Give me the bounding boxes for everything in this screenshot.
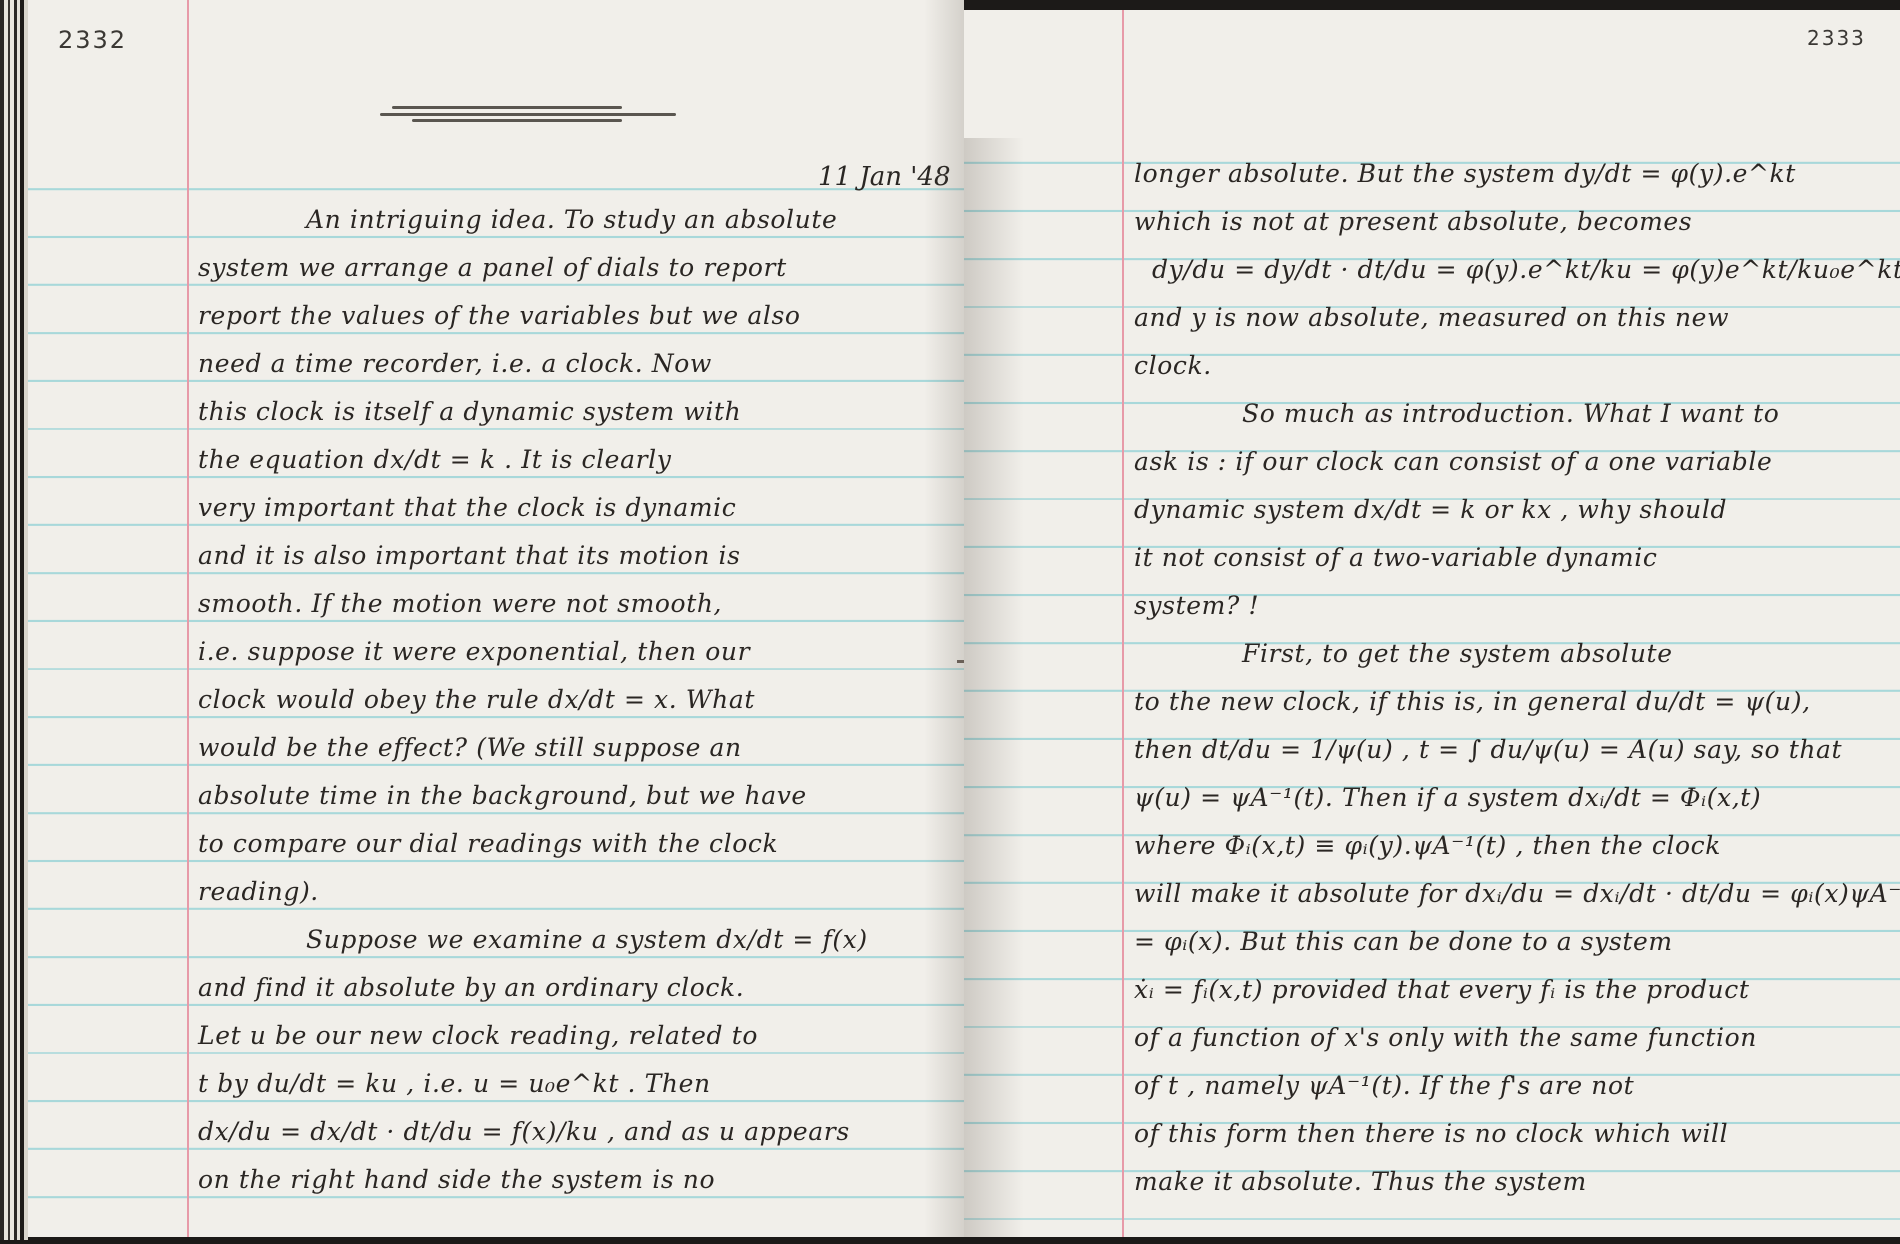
- text-line: of t , namely ψA⁻¹(t). If the f's are no…: [1134, 1062, 1892, 1110]
- text-line: dy/du = dy/dt · dt/du = φ(y).e^kt/ku = φ…: [1134, 246, 1892, 294]
- text-line: and it is also important that its motion…: [198, 532, 956, 580]
- text-line: report the values of the variables but w…: [198, 292, 956, 340]
- text-line: smooth. If the motion were not smooth,: [198, 580, 956, 628]
- text-line: and find it absolute by an ordinary cloc…: [198, 964, 956, 1012]
- handwritten-text: longer absolute. But the system dy/dt = …: [1134, 150, 1892, 1206]
- text-line: ask is : if our clock can consist of a o…: [1134, 438, 1892, 486]
- text-line: t by du/dt = ku , i.e. u = u₀e^kt . Then: [198, 1060, 956, 1108]
- text-line: to the new clock, if this is, in general…: [1134, 678, 1892, 726]
- text-line: and y is now absolute, measured on this …: [1134, 294, 1892, 342]
- text-line: = φᵢ(x). But this can be done to a syste…: [1134, 918, 1892, 966]
- text-line: the equation dx/dt = k . It is clearly: [198, 436, 956, 484]
- text-line: Suppose we examine a system dx/dt = f(x): [198, 916, 956, 964]
- margin-line: [187, 0, 189, 1237]
- text-line: ψ(u) = ψA⁻¹(t). Then if a system dxᵢ/dt …: [1134, 774, 1892, 822]
- text-line: longer absolute. But the system dy/dt = …: [1134, 150, 1892, 198]
- text-line: dynamic system dx/dt = k or kx , why sho…: [1134, 486, 1892, 534]
- text-line: on the right hand side the system is no: [198, 1156, 956, 1204]
- triple-rule-divider: [380, 104, 676, 124]
- text-line: Let u be our new clock reading, related …: [198, 1012, 956, 1060]
- text-line: make it absolute. Thus the system: [1134, 1158, 1892, 1206]
- text-line: reading).: [198, 868, 956, 916]
- header-space: [28, 0, 964, 186]
- text-line: where Φᵢ(x,t) ≡ φᵢ(y).ψA⁻¹(t) , then the…: [1134, 822, 1892, 870]
- text-line: ẋᵢ = fᵢ(x,t) provided that every fᵢ is t…: [1134, 966, 1892, 1014]
- text-line: very important that the clock is dynamic: [198, 484, 956, 532]
- entry-date: 11 Jan '48: [818, 162, 951, 192]
- text-line: this clock is itself a dynamic system wi…: [198, 388, 956, 436]
- text-line: clock would obey the rule dx/dt = x. Wha…: [198, 676, 956, 724]
- text-line: it not consist of a two-variable dynamic: [1134, 534, 1892, 582]
- text-line: So much as introduction. What I want to: [1134, 390, 1892, 438]
- page-edges: [0, 0, 28, 1240]
- text-line: An intriguing idea. To study an absolute: [198, 196, 956, 244]
- text-line: dx/du = dx/dt · dt/du = f(x)/ku , and as…: [198, 1108, 956, 1156]
- text-line: will make it absolute for dxᵢ/du = dxᵢ/d…: [1134, 870, 1892, 918]
- open-notebook: 2332 11 Jan '48 An intriguing idea. To s…: [0, 0, 1900, 1240]
- right-page: 2333 longer absolute. But the system dy/…: [964, 0, 1900, 1237]
- margin-line: [1122, 10, 1124, 1237]
- text-line: to compare our dial readings with the cl…: [198, 820, 956, 868]
- text-line: system? !: [1134, 582, 1892, 630]
- text-line: then dt/du = 1/ψ(u) , t = ∫ du/ψ(u) = A(…: [1134, 726, 1892, 774]
- text-line: of this form then there is no clock whic…: [1134, 1110, 1892, 1158]
- text-line: clock.: [1134, 342, 1892, 390]
- text-line: system we arrange a panel of dials to re…: [198, 244, 956, 292]
- text-line: of a function of x's only with the same …: [1134, 1014, 1892, 1062]
- text-line: First, to get the system absolute: [1134, 630, 1892, 678]
- text-line: which is not at present absolute, become…: [1134, 198, 1892, 246]
- text-line: absolute time in the background, but we …: [198, 772, 956, 820]
- text-line: i.e. suppose it were exponential, then o…: [198, 628, 956, 676]
- text-line: would be the effect? (We still suppose a…: [198, 724, 956, 772]
- header-space: [964, 10, 1900, 138]
- left-page: 2332 11 Jan '48 An intriguing idea. To s…: [28, 0, 964, 1237]
- text-line: need a time recorder, i.e. a clock. Now: [198, 340, 956, 388]
- page-number: 2333: [1807, 26, 1866, 50]
- handwritten-text: An intriguing idea. To study an absolute…: [198, 196, 956, 1204]
- page-number: 2332: [58, 26, 127, 54]
